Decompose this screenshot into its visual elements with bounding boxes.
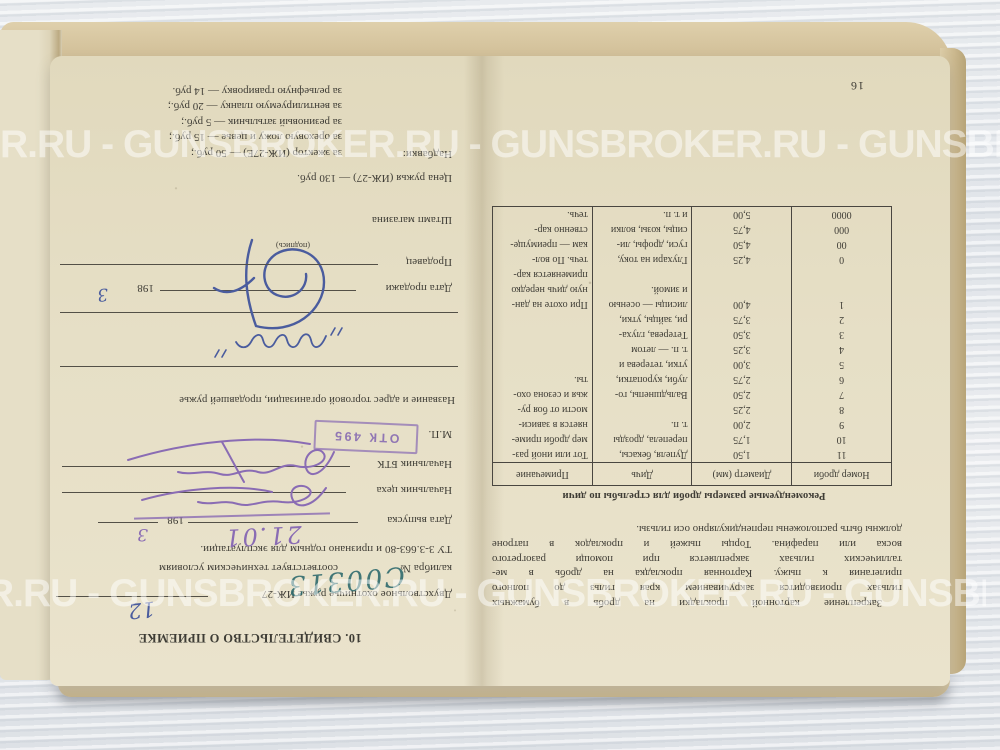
certificate-heading: 10. СВИДЕТЕЛЬСТВО О ПРИЕМКЕ <box>55 631 445 644</box>
shot-table-cell: 3,75 <box>692 313 792 328</box>
shot-table-cell: 0 <box>792 253 892 268</box>
shot-table-cell: Тетерева, глуха- <box>592 328 692 343</box>
shot-table-row: 72,50Вальдшнепы, го-жья и сезона охо- <box>493 388 892 403</box>
shot-table-cell: гуси, дрофы, ли- <box>592 238 692 253</box>
paragraph-line: таллических гильзах закрепляется при пом… <box>492 551 902 566</box>
shot-table-header: Номер дроби Диаметр (мм) Дичь Примечание <box>493 463 892 486</box>
shot-table-cell: 0000 <box>792 207 892 223</box>
org-fill-line-1 <box>60 366 458 368</box>
shot-table-row: 92,00т. п.няется в зависи- <box>493 418 892 433</box>
shot-table-cell: Дупеля, бекасы, <box>592 448 692 464</box>
issue-year-fill-line <box>98 522 158 524</box>
sale-year-prefix: 198 <box>137 281 154 294</box>
shot-table-cell: 4 <box>792 343 892 358</box>
shot-table-cell <box>792 268 892 283</box>
shot-table-cell: течь. <box>493 207 593 223</box>
handwritten-sale-year-digit: 3 <box>96 283 109 304</box>
shot-table-cell: ри, зайцы, утки, <box>592 313 692 328</box>
shot-table-cell: течь. По вол- <box>493 253 593 268</box>
shot-table-cell <box>493 358 593 373</box>
col-header-game: Дичь <box>592 463 692 486</box>
shot-table-body: 111,50Дупеля, бекасы,Тот или иной раз-10… <box>493 207 892 463</box>
price-line: Цена ружья (ИЖ-27) — 130 руб. <box>297 171 452 184</box>
shot-table-row: 111,50Дупеля, бекасы,Тот или иной раз- <box>493 448 892 464</box>
shot-table-row: и зимой.ную дичь нередко <box>493 283 892 298</box>
shot-table-cell: 2,00 <box>692 418 792 433</box>
shot-table-cell: 8 <box>792 403 892 418</box>
shot-table-row: 82,25мости от боя ру- <box>493 403 892 418</box>
shot-table-cell: мости от боя ру- <box>493 403 593 418</box>
watermark-band-bottom: R.RU - GUNSBROKER.RU - GUNSBROKER.RU - G… <box>0 572 986 616</box>
shot-table-row: 0004,75сицы, козы, волкиственно кар- <box>493 223 892 238</box>
shot-table-cell: Вальдшнепы, го- <box>592 388 692 403</box>
shot-table-row: 004,50гуси, дрофы, ли-кам — преимуще- <box>493 238 892 253</box>
shot-table-cell: 2,25 <box>692 403 792 418</box>
shot-table-cell: 6 <box>792 373 892 388</box>
watermark-text: R.RU - GUNSBROKER.RU - GUNSBROKER.RU - G… <box>0 572 986 615</box>
shot-table-cell: 10 <box>792 433 892 448</box>
shot-table-cell: луби, куропатки, <box>592 373 692 388</box>
selling-org-label: Название и адрес торговой организации, п… <box>55 393 455 406</box>
shot-table-cell <box>792 283 892 298</box>
shot-table-row: 53,00утки, тетерева и <box>493 358 892 373</box>
paragraph-line: должны быть расположены перпендикулярно … <box>492 521 902 536</box>
shot-table-cell <box>692 283 792 298</box>
shot-table-cell: 2,75 <box>692 373 792 388</box>
shot-table-cell <box>592 268 692 283</box>
col-header-diameter: Диаметр (мм) <box>692 463 792 486</box>
col-header-shot-number: Номер дроби <box>792 463 892 486</box>
shot-table-cell: 000 <box>792 223 892 238</box>
shot-table-cell: 2 <box>792 313 892 328</box>
issue-date-label: Дата выпуска <box>387 513 452 526</box>
shot-table-cell: т. п. — летом <box>592 343 692 358</box>
shot-table-cell: 1 <box>792 298 892 313</box>
watermark-text: R.RU - GUNSBROKER.RU - GUNSBROKER.RU - G… <box>0 123 1000 166</box>
shot-table-cell: 7 <box>792 388 892 403</box>
shot-table-cell: мер дроби приме- <box>493 433 593 448</box>
shot-table-cell <box>493 343 593 358</box>
page-number: 16 <box>850 79 864 92</box>
shot-table-cell <box>493 313 593 328</box>
shot-table-cell: няется в зависи- <box>493 418 593 433</box>
shot-size-table: Номер дроби Диаметр (мм) Дичь Примечание… <box>492 207 892 487</box>
shot-table-cell: 2,50 <box>692 388 792 403</box>
chief-btk-signature-scribble <box>122 436 342 488</box>
shot-table-cell: 3,00 <box>692 358 792 373</box>
shot-table-cell: Тот или иной раз- <box>493 448 593 464</box>
shot-table-cell: ственно кар- <box>493 223 593 238</box>
seller-label: Продавец <box>406 255 452 268</box>
shot-table-cell: и т. п. <box>592 207 692 223</box>
shot-table-row: 43,25т. п. — летом <box>493 343 892 358</box>
shot-table-cell: кам — преимуще- <box>493 238 593 253</box>
shot-table-cell: 3,25 <box>692 343 792 358</box>
shot-table-cell: 5 <box>792 358 892 373</box>
shot-table-cell: При охоте на дан- <box>493 298 593 313</box>
shot-table-cell: применяется кар- <box>493 268 593 283</box>
shot-table-cell: ты. <box>493 373 593 388</box>
shot-table-cell: ную дичь нередко <box>493 283 593 298</box>
shot-table-cell: 3,50 <box>692 328 792 343</box>
shot-table-row: 04,25Глухари на току,течь. По вол- <box>493 253 892 268</box>
shot-table-cell: 4,50 <box>692 238 792 253</box>
shot-table-cell: т. п. <box>592 418 692 433</box>
otk-acceptance-stamp: ОТК 495 <box>313 420 418 455</box>
shot-table-cell <box>493 328 593 343</box>
shot-table-row: применяется кар- <box>493 268 892 283</box>
shot-table-row: 00005,00и т. п.течь. <box>493 207 892 223</box>
signature-caption: (подпись) <box>276 239 310 252</box>
shot-table-cell: и зимой. <box>592 283 692 298</box>
surcharge-item: за вентилируемую планку — 20 руб.; <box>62 98 342 114</box>
shot-table-cell: 1,50 <box>692 448 792 464</box>
sale-date-label: Дата продажи <box>386 281 452 294</box>
shot-table-cell <box>592 403 692 418</box>
shot-table-title: Рекомендуемые размеры дроби для стрельбы… <box>490 489 898 502</box>
shot-table-row: 23,75ри, зайцы, утки, <box>493 313 892 328</box>
col-header-note: Примечание <box>493 463 593 486</box>
shot-table-cell: 4,25 <box>692 253 792 268</box>
shot-table-cell: 9 <box>792 418 892 433</box>
handwritten-issue-date: 21.01 <box>223 520 303 552</box>
shot-table-cell: жья и сезона охо- <box>493 388 593 403</box>
shot-table-row: 62,75луби, куропатки,ты. <box>493 373 892 388</box>
shot-table-cell: 4,00 <box>692 298 792 313</box>
surcharge-item: за рельефную гравировку — 14 руб. <box>62 82 342 98</box>
shot-table-cell: 5,00 <box>692 207 792 223</box>
shot-table-cell: 00 <box>792 238 892 253</box>
shot-table-row: 14,00лисицы — осеньюПри охоте на дан- <box>493 298 892 313</box>
shot-table-row: 101,75перепела, дроздымер дроби приме- <box>493 433 892 448</box>
shot-table-cell: лисицы — осенью <box>592 298 692 313</box>
chief-shop-label: Начальник цеха <box>376 483 452 496</box>
photo-of-document: { "colors": { "paper": "#e8e1c9", "ink":… <box>0 0 1000 750</box>
shot-table-cell: Глухари на току, <box>592 253 692 268</box>
shot-table-cell <box>692 268 792 283</box>
shot-table-cell: утки, тетерева и <box>592 358 692 373</box>
shot-table-cell: 3 <box>792 328 892 343</box>
shot-table-row: 33,50Тетерева, глуха- <box>493 328 892 343</box>
shot-table-cell: 1,75 <box>692 433 792 448</box>
handwritten-issue-year-digit: 3 <box>137 524 148 544</box>
chief-btk-label: Начальник БТК <box>377 457 452 470</box>
shop-stamp-label: Штамп магазина <box>372 213 452 226</box>
shot-table-cell: сицы, козы, волки <box>592 223 692 238</box>
mp-label: М.П. <box>428 427 452 440</box>
seller-sign-line <box>60 264 378 266</box>
watermark-band-top: R.RU - GUNSBROKER.RU - GUNSBROKER.RU - G… <box>0 123 1000 167</box>
shot-table-cell: перепела, дрозды <box>592 433 692 448</box>
shot-table-cell: 11 <box>792 448 892 464</box>
paragraph-line: воска или парафина. Торцы пыжей и прокла… <box>492 536 902 551</box>
shot-table-cell: 4,75 <box>692 223 792 238</box>
